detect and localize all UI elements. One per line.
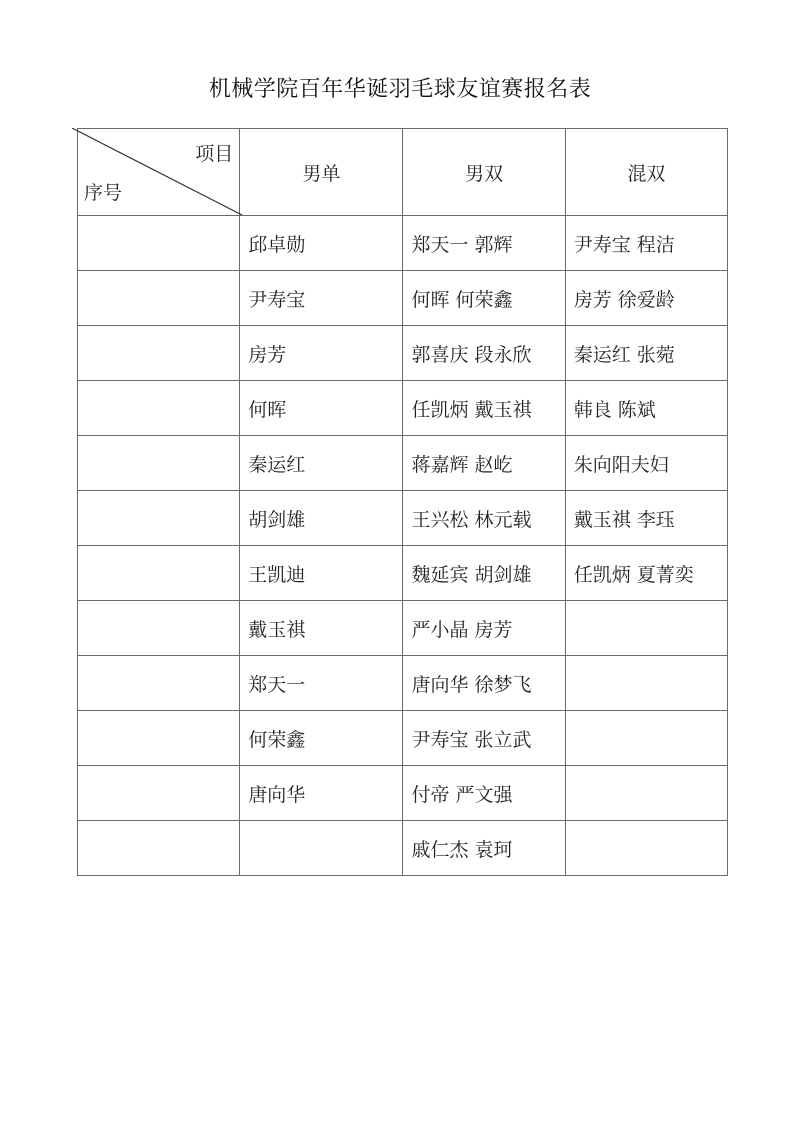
- index-cell: [78, 326, 240, 381]
- mens-doubles-cell: 唐向华 徐梦飞: [403, 656, 565, 711]
- mens-doubles-cell: 何晖 何荣鑫: [403, 271, 565, 326]
- column-header-mens-singles: 男单: [240, 129, 403, 216]
- table-row: 何荣鑫尹寿宝 张立武: [78, 711, 728, 766]
- table-row: 胡剑雄王兴松 林元载戴玉祺 李珏: [78, 491, 728, 546]
- mens-singles-cell: 郑天一: [240, 656, 403, 711]
- index-cell: [78, 821, 240, 876]
- mens-singles-cell: 何晖: [240, 381, 403, 436]
- mens-singles-cell: 何荣鑫: [240, 711, 403, 766]
- mens-doubles-cell: 付帝 严文强: [403, 766, 565, 821]
- mixed-doubles-cell: [565, 821, 727, 876]
- index-label: 序号: [84, 178, 122, 205]
- table-row: 戚仁杰 袁珂: [78, 821, 728, 876]
- mens-singles-cell: 王凯迪: [240, 546, 403, 601]
- mixed-doubles-cell: 房芳 徐爱龄: [565, 271, 727, 326]
- column-header-mixed-doubles: 混双: [565, 129, 727, 216]
- table-row: 王凯迪魏延宾 胡剑雄任凯炳 夏菁奕: [78, 546, 728, 601]
- registration-table: 项目 序号 男单 男双 混双 邱卓勋郑天一 郭辉尹寿宝 程洁尹寿宝何晖 何荣鑫房…: [77, 128, 728, 876]
- mens-doubles-cell: 魏延宾 胡剑雄: [403, 546, 565, 601]
- index-cell: [78, 546, 240, 601]
- mens-singles-cell: 邱卓勋: [240, 216, 403, 271]
- table-row: 房芳郭喜庆 段永欣秦运红 张菀: [78, 326, 728, 381]
- table-row: 唐向华付帝 严文强: [78, 766, 728, 821]
- mens-doubles-cell: 尹寿宝 张立武: [403, 711, 565, 766]
- mens-singles-cell: 戴玉祺: [240, 601, 403, 656]
- index-cell: [78, 436, 240, 491]
- mixed-doubles-cell: 戴玉祺 李珏: [565, 491, 727, 546]
- mixed-doubles-cell: 尹寿宝 程洁: [565, 216, 727, 271]
- mixed-doubles-cell: [565, 766, 727, 821]
- index-cell: [78, 216, 240, 271]
- mens-singles-cell: 尹寿宝: [240, 271, 403, 326]
- mixed-doubles-cell: 任凯炳 夏菁奕: [565, 546, 727, 601]
- mixed-doubles-cell: [565, 656, 727, 711]
- mixed-doubles-cell: [565, 601, 727, 656]
- table-header-row: 项目 序号 男单 男双 混双: [78, 129, 728, 216]
- table-row: 戴玉祺严小晶 房芳: [78, 601, 728, 656]
- mixed-doubles-cell: 韩良 陈斌: [565, 381, 727, 436]
- mens-singles-cell: 房芳: [240, 326, 403, 381]
- mens-singles-cell: 胡剑雄: [240, 491, 403, 546]
- mixed-doubles-cell: 秦运红 张菀: [565, 326, 727, 381]
- mixed-doubles-cell: 朱向阳夫妇: [565, 436, 727, 491]
- mens-singles-cell: [240, 821, 403, 876]
- mens-doubles-cell: 郭喜庆 段永欣: [403, 326, 565, 381]
- mixed-doubles-cell: [565, 711, 727, 766]
- index-cell: [78, 711, 240, 766]
- document-title: 机械学院百年华诞羽毛球友谊赛报名表: [0, 72, 800, 103]
- index-cell: [78, 601, 240, 656]
- index-cell: [78, 656, 240, 711]
- mens-singles-cell: 唐向华: [240, 766, 403, 821]
- mens-doubles-cell: 任凯炳 戴玉祺: [403, 381, 565, 436]
- table-row: 何晖任凯炳 戴玉祺韩良 陈斌: [78, 381, 728, 436]
- mens-doubles-cell: 王兴松 林元载: [403, 491, 565, 546]
- mens-doubles-cell: 戚仁杰 袁珂: [403, 821, 565, 876]
- event-label: 项目: [195, 139, 233, 166]
- mens-singles-cell: 秦运红: [240, 436, 403, 491]
- mens-doubles-cell: 蒋嘉辉 赵屹: [403, 436, 565, 491]
- table-row: 秦运红蒋嘉辉 赵屹朱向阳夫妇: [78, 436, 728, 491]
- mens-doubles-cell: 郑天一 郭辉: [403, 216, 565, 271]
- diagonal-corner-header: 项目 序号: [78, 129, 240, 216]
- column-header-mens-doubles: 男双: [403, 129, 565, 216]
- table-row: 尹寿宝何晖 何荣鑫房芳 徐爱龄: [78, 271, 728, 326]
- index-cell: [78, 491, 240, 546]
- table-row: 邱卓勋郑天一 郭辉尹寿宝 程洁: [78, 216, 728, 271]
- table-row: 郑天一唐向华 徐梦飞: [78, 656, 728, 711]
- mens-doubles-cell: 严小晶 房芳: [403, 601, 565, 656]
- index-cell: [78, 381, 240, 436]
- index-cell: [78, 766, 240, 821]
- index-cell: [78, 271, 240, 326]
